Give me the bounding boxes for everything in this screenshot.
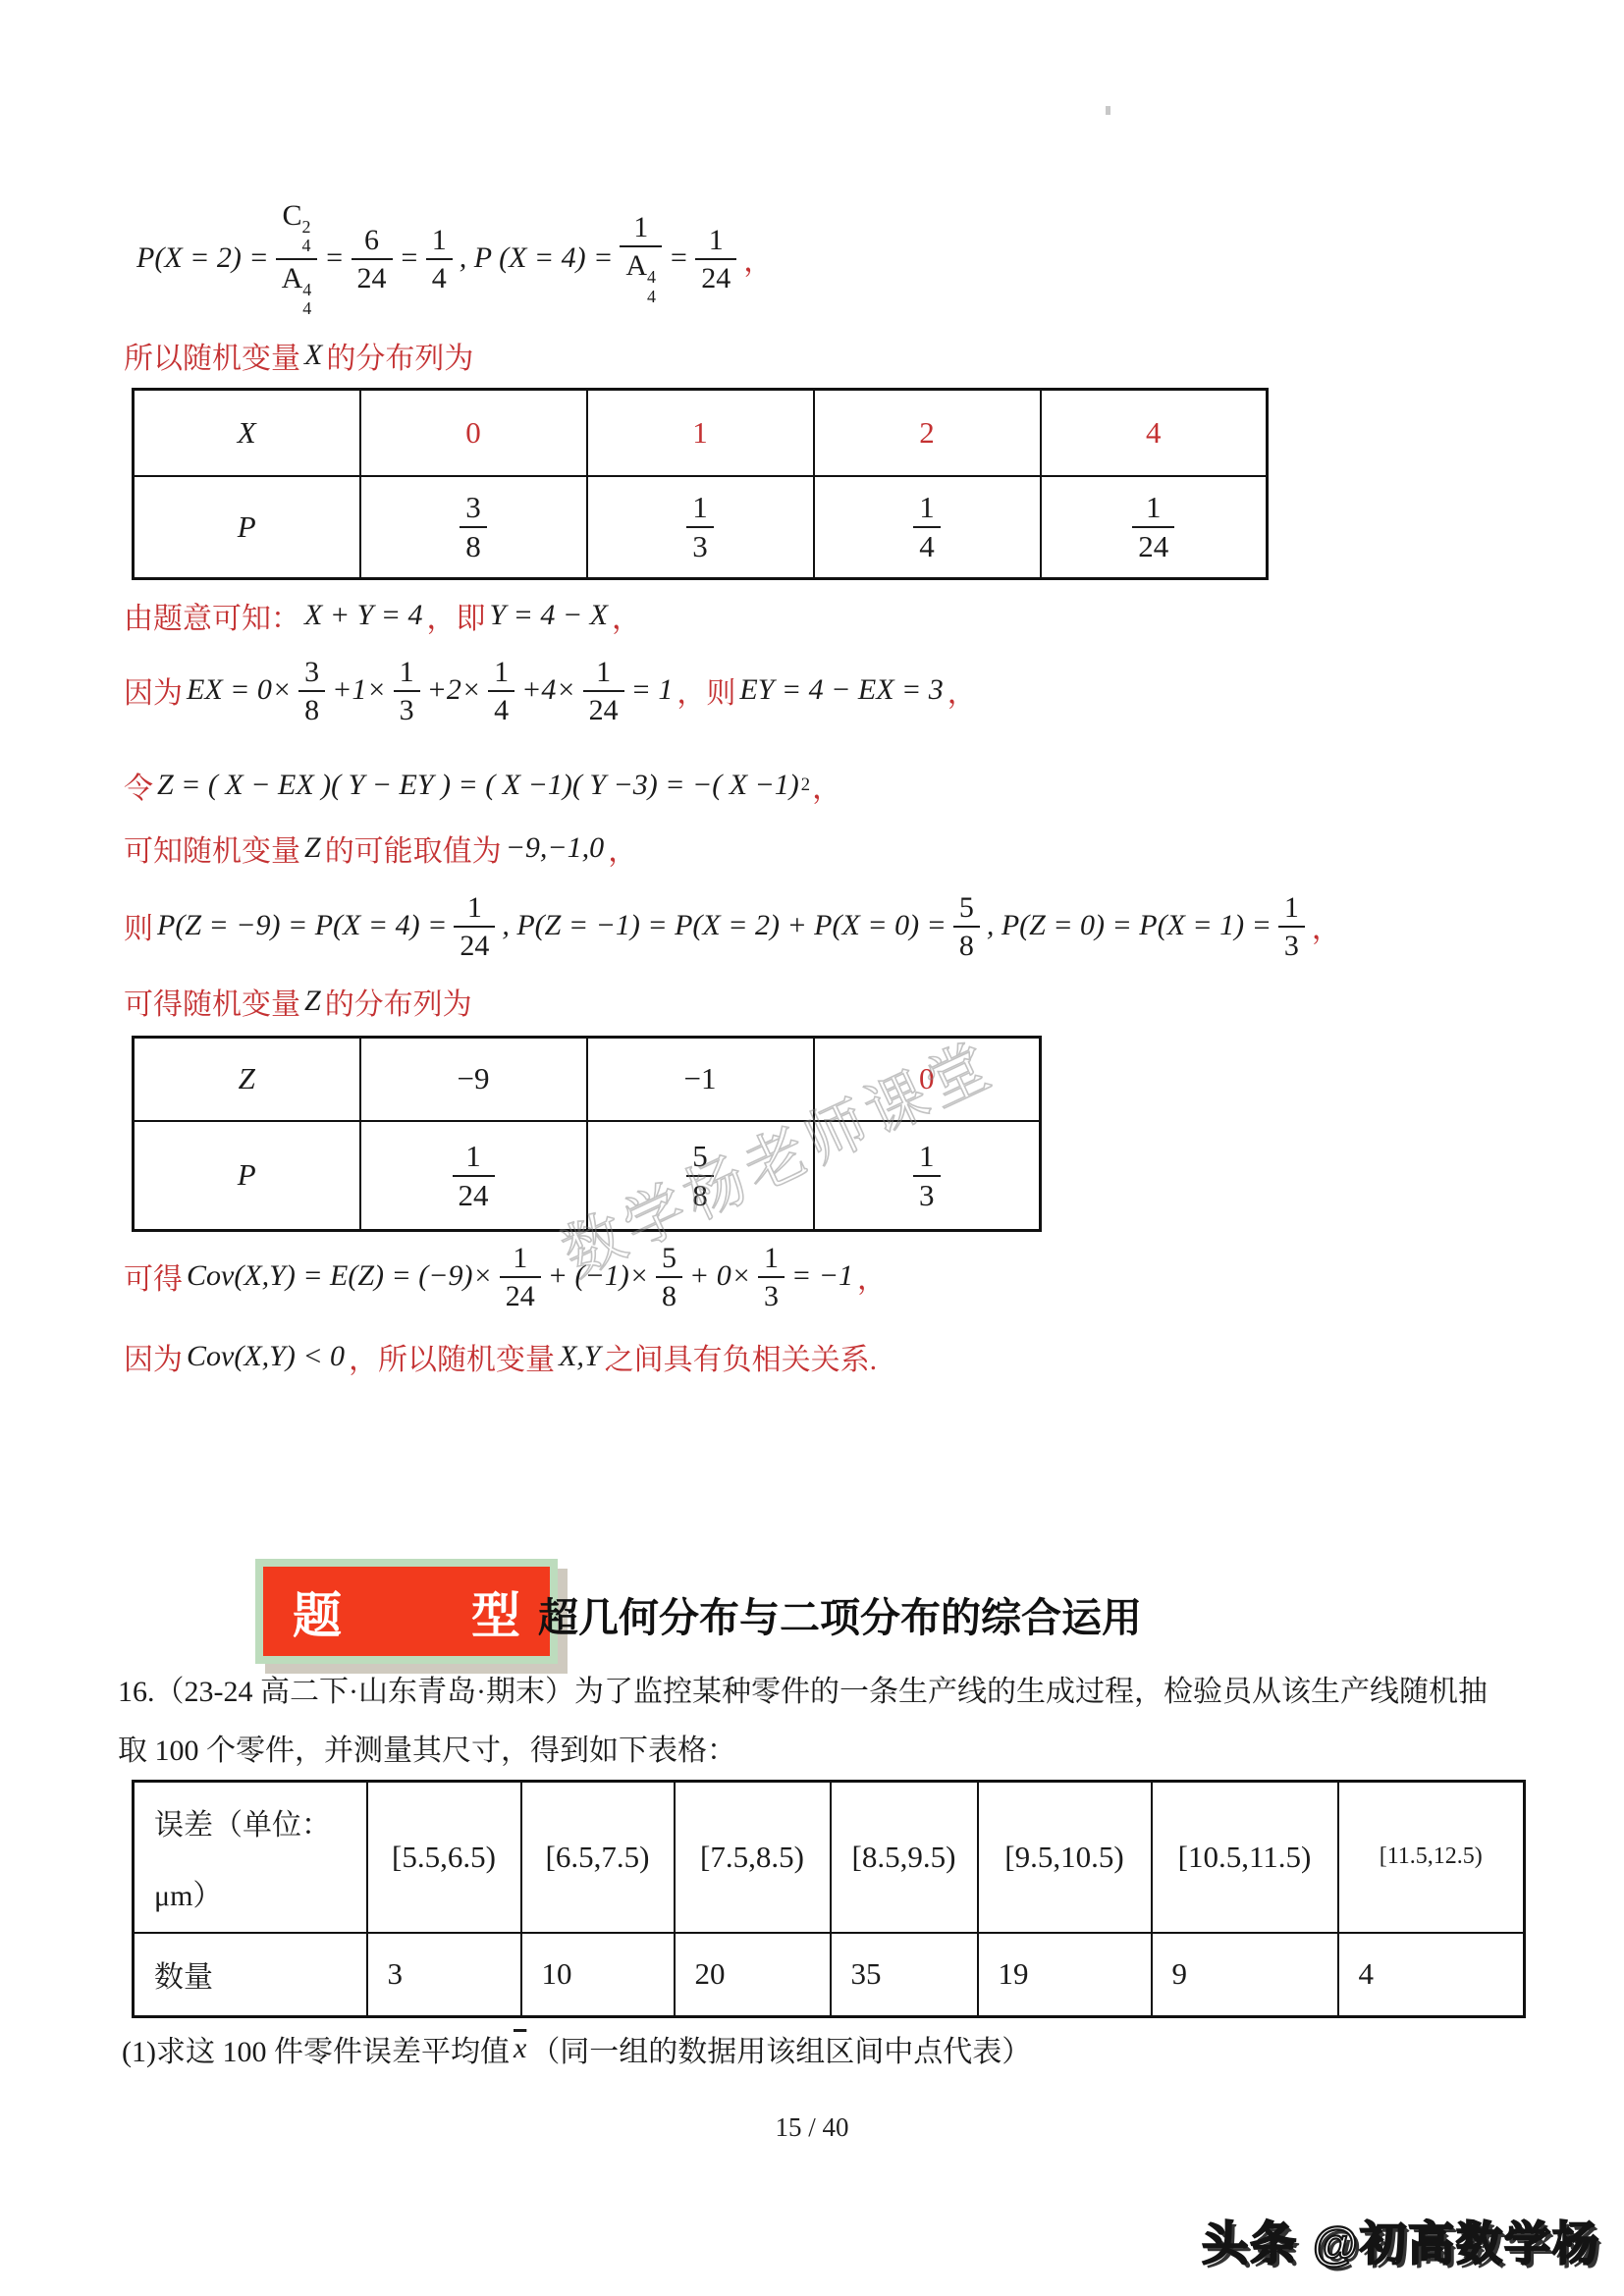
table-cell: 19 [978, 1933, 1152, 2017]
badge-char: 型 [471, 1576, 520, 1647]
math-text: X,Y [559, 1340, 601, 1373]
math-text: , P(Z = −1) = P(X = 2) + P(X = 0) = [502, 909, 946, 942]
section-title: 超几何分布与二项分布的综合运用 [538, 1586, 1142, 1641]
red-text: ，即 [427, 594, 486, 637]
red-text: 的分布列为 [326, 334, 473, 377]
math-var: Z [304, 831, 321, 865]
table-cell: 20 [675, 1933, 831, 2017]
math-text: +2× [427, 673, 482, 707]
red-text: 则 [124, 904, 153, 947]
table-cell: [6.5,7.5) [521, 1782, 675, 1933]
x-bar-symbol: x [514, 2032, 526, 2065]
superscript: 2 [801, 774, 810, 796]
fraction: C24 A44 [276, 198, 318, 319]
fraction: 13 [1278, 890, 1305, 962]
fraction: 624 [352, 223, 393, 294]
question-part1: (1)求这 100 件零件误差平均值 x （同一组的数据用该组区间中点代表） [122, 2028, 1031, 2069]
math-var: X [304, 339, 322, 372]
table-cell: [11.5,12.5) [1338, 1782, 1525, 1933]
sup-sub: 44 [647, 268, 656, 306]
math-text: P(Z = −9) = P(X = 4) = [157, 909, 447, 942]
statement-z-distribution: 可得随机变量 Z 的分布列为 [122, 980, 474, 1023]
math-text: , P(Z = 0) = P(X = 1) = [987, 909, 1272, 942]
fraction: 124 [500, 1241, 541, 1312]
math-text: A [282, 262, 303, 294]
table-cell: 14 [814, 476, 1041, 579]
math-text: C [282, 199, 301, 232]
table-cell: 13 [587, 476, 814, 579]
fraction: 124 [695, 223, 736, 294]
math-text: +1× [332, 673, 387, 707]
badge-char: 题 [293, 1576, 342, 1647]
formula-covariance: 可得 Cov(X,Y) = E(Z) = (−9)× 124 + (−1)× 5… [122, 1222, 889, 1330]
fraction: 14 [426, 223, 453, 294]
fraction: 13 [394, 655, 420, 726]
formula-z-probabilities: 则 P(Z = −9) = P(X = 4) = 124 , P(Z = −1)… [122, 872, 1343, 980]
red-text: 的分布列为 [325, 980, 472, 1023]
math-text: EX = 0× [187, 673, 292, 707]
error-label-line2: μm） [154, 1871, 365, 1914]
math-text: = [669, 241, 688, 275]
table-cell: [9.5,10.5) [978, 1782, 1152, 1933]
page-number: 15 / 40 [0, 2112, 1624, 2143]
table-cell: X [134, 390, 360, 476]
question-16-line1: 16.（23-24 高二下·山东青岛·期末）为了监控某种零件的一条生产线的生成过… [118, 1667, 1488, 1710]
math-text: + 0× [689, 1259, 751, 1293]
math-text: = [400, 241, 419, 275]
table-cell: Z [134, 1038, 360, 1121]
table-cell: 2 [814, 390, 1041, 476]
table-cell: 124 [1041, 476, 1268, 579]
table-cell: P [134, 476, 360, 579]
formula-ex: 因为 EX = 0× 38 +1× 13 +2× 14 +4× 124 = 1 … [122, 636, 979, 744]
red-comma: ， [1312, 904, 1341, 947]
fraction: 14 [488, 655, 514, 726]
math-text: +4× [521, 673, 576, 707]
red-text: 令 [124, 764, 153, 807]
table-cell: P [134, 1121, 360, 1231]
table-cell: 4 [1041, 390, 1268, 476]
fraction: 58 [953, 890, 980, 962]
math-text: A [625, 249, 647, 282]
red-comma: ， [743, 237, 773, 280]
footer-watermark: 头条 @初高数学杨 [1202, 2208, 1600, 2273]
red-text: ，则 [677, 668, 735, 712]
statement-x-distribution: 所以随机变量 X 的分布列为 [122, 334, 475, 377]
table-cell: [8.5,9.5) [831, 1782, 978, 1933]
math-text: , P (X = 4) = [460, 241, 614, 275]
error-label-line1: 误差（单位： [154, 1800, 365, 1843]
table-cell: 3 [367, 1933, 521, 2017]
math-text: = 1 [631, 673, 674, 707]
math-text: Cov(X,Y) < 0 [187, 1340, 345, 1373]
red-comma: ， [857, 1255, 887, 1298]
table-cell: 1 [587, 390, 814, 476]
math-text: X + Y = 4 [304, 599, 423, 632]
math-text: = [324, 241, 344, 275]
question-type-badge: 题 型 [255, 1559, 558, 1664]
fraction: 38 [298, 655, 325, 726]
formula-z-definition: 令 Z = ( X − EX )( Y − EY ) = ( X −1)( Y … [122, 762, 843, 809]
table-cell: −9 [360, 1038, 587, 1121]
red-text: 因为 [124, 1335, 183, 1378]
statement-xy-relation: 由题意可知： X + Y = 4 ，即 Y = 4 − X ， [122, 594, 643, 637]
table-cell: 0 [360, 390, 587, 476]
table-cell: [5.5,6.5) [367, 1782, 521, 1933]
red-comma: ， [612, 594, 641, 637]
red-text: 因为 [124, 668, 183, 712]
red-text: 可得随机变量 [124, 980, 300, 1023]
print-artifact-dot [1106, 106, 1110, 115]
math-text: EY = 4 − EX = 3 [739, 673, 943, 707]
red-text: 可得 [124, 1255, 183, 1298]
math-text: Cov(X,Y) = E(Z) = (−9)× [187, 1259, 493, 1293]
math-text: Y = 4 − X [490, 599, 609, 632]
table-cell: [7.5,8.5) [675, 1782, 831, 1933]
red-text: 之间具有负相关关系. [605, 1335, 878, 1378]
red-text: 所以随机变量 [124, 334, 300, 377]
sup-sub: 44 [302, 281, 311, 319]
distribution-table-x: X 0 1 2 4 P 38 13 14 124 [132, 388, 1269, 580]
math-text: = −1 [791, 1259, 853, 1293]
fraction: 124 [454, 890, 495, 962]
table-cell: 35 [831, 1933, 978, 2017]
table-cell: 38 [360, 476, 587, 579]
red-comma: ， [947, 668, 977, 712]
error-frequency-table: 误差（单位： μm） [5.5,6.5) [6.5,7.5) [7.5,8.5)… [132, 1780, 1526, 2018]
fraction: 13 [758, 1241, 785, 1312]
math-var: Z [304, 985, 321, 1018]
fraction: 1 A44 [620, 210, 662, 306]
table-cell: [10.5,11.5) [1152, 1782, 1338, 1933]
red-text: 的可能取值为 [325, 827, 502, 870]
red-text: ，所以随机变量 [349, 1335, 555, 1378]
formula-px-values: P(X = 2) = C24 A44 = 624 = 14 , P (X = 4… [135, 204, 775, 312]
statement-conclusion: 因为 Cov(X,Y) < 0 ，所以随机变量 X,Y 之间具有负相关关系. [122, 1335, 879, 1378]
table-cell: 4 [1338, 1933, 1525, 2017]
red-comma: ， [812, 764, 841, 807]
table-cell: 10 [521, 1933, 675, 2017]
question-text: （同一组的数据用该组区间中点代表） [530, 2027, 1031, 2070]
red-comma: ， [608, 827, 637, 870]
fraction: 124 [583, 655, 624, 726]
math-text: −9,−1,0 [506, 831, 605, 865]
worksheet-page: P(X = 2) = C24 A44 = 624 = 14 , P (X = 4… [0, 0, 1624, 2296]
table-cell: 9 [1152, 1933, 1338, 2017]
sup-sub: 24 [301, 218, 310, 256]
math-text: P(X = 2) = [136, 241, 269, 275]
math-text: Z = ( X − EX )( Y − EY ) = ( X −1)( Y −3… [157, 769, 799, 802]
red-text: 由题意可知： [124, 594, 300, 637]
table-cell: 数量 [134, 1933, 367, 2017]
question-16-line2: 取 100 个零件，并测量其尺寸，得到如下表格： [118, 1726, 736, 1769]
table-header-cell: 误差（单位： μm） [134, 1782, 367, 1933]
statement-z-values: 可知随机变量 Z 的可能取值为 −9,−1,0 ， [122, 827, 639, 870]
red-text: 可知随机变量 [124, 827, 300, 870]
question-text: (1)求这 100 件零件误差平均值 [122, 2027, 510, 2070]
